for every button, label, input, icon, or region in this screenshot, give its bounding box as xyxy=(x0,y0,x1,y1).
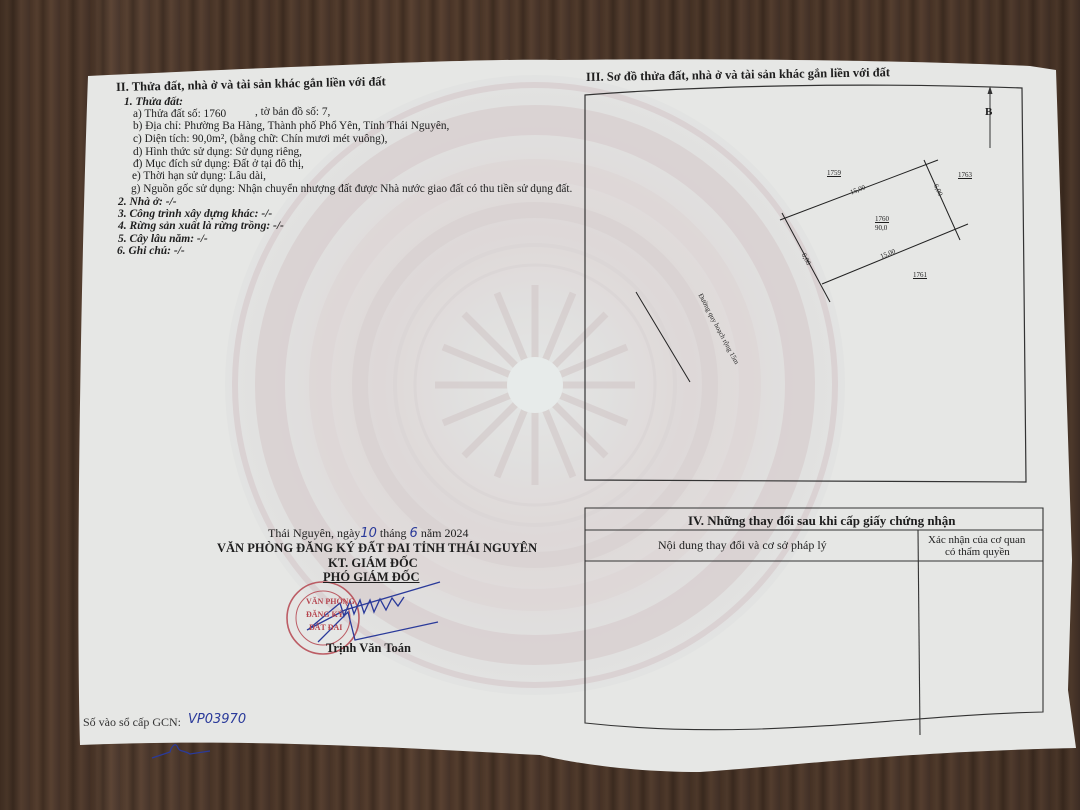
other-construction-field: 3. Công trình xây dựng khác: -/- xyxy=(118,208,272,220)
place-date-prefix: Thái Nguyên, ngày xyxy=(268,526,360,540)
notes-field: 6. Ghi chú: -/- xyxy=(117,245,185,257)
use-term: e) Thời hạn sử dụng: Lâu dài, xyxy=(132,170,266,182)
signer-name: Trịnh Văn Toán xyxy=(326,641,411,656)
column-header-confirmation-line2: có thẩm quyền xyxy=(945,546,1010,558)
map-sheet-number: , tờ bản đồ số: 7, xyxy=(255,106,330,118)
registry-label: Số vào sổ cấp GCN: xyxy=(83,715,181,730)
neighbor-parcel-bottom: 1761 xyxy=(913,271,927,279)
use-form: d) Hình thức sử dụng: Sử dụng riêng, xyxy=(133,146,302,158)
place-date: Thái Nguyên, ngày10 tháng 6 năm 2024 xyxy=(268,526,468,541)
perennial-trees-field: 5. Cây lâu năm: -/- xyxy=(118,233,208,245)
issue-day: 10 xyxy=(360,526,377,541)
stamp-text-1: VĂN PHÒNG xyxy=(306,597,355,606)
planted-forest-field: 4. Rừng sản xuất là rừng trồng: -/- xyxy=(118,220,284,232)
parcel-area-label: 90,0 xyxy=(875,224,887,232)
parcel-id-label: 1760 xyxy=(875,215,889,223)
section-iv-title: IV. Những thay đổi sau khi cấp giấy chứn… xyxy=(688,513,956,529)
column-header-confirmation-line1: Xác nhận của cơ quan xyxy=(928,534,1025,546)
issue-year: năm 2024 xyxy=(421,526,469,540)
stamp-text-2: ĐĂNG KÝ xyxy=(306,610,344,619)
neighbor-parcel-right: 1763 xyxy=(958,171,972,179)
north-arrow-label: B xyxy=(985,106,992,118)
stamp-text-3: ĐẤT ĐAI xyxy=(309,623,342,632)
registry-number: VP03970 xyxy=(188,712,246,727)
use-origin: g) Nguồn gốc sử dụng: Nhận chuyển nhượng… xyxy=(131,183,572,195)
use-purpose: đ) Mục đích sử dụng: Đất ở tại đô thị, xyxy=(133,158,304,170)
column-header-changes: Nội dung thay đổi và cơ sở pháp lý xyxy=(658,538,827,553)
neighbor-parcel-top: 1759 xyxy=(827,169,841,177)
land-heading: 1. Thửa đất: xyxy=(124,96,183,108)
certificate-sheet: II. Thửa đất, nhà ở và tài sản khác gắn … xyxy=(0,0,1080,810)
issuing-office: VĂN PHÒNG ĐĂNG KÝ ĐẤT ĐAI TỈNH THÁI NGUY… xyxy=(217,541,537,556)
signer-position: PHÓ GIÁM ĐỐC xyxy=(323,570,420,585)
issue-month: 6 xyxy=(410,526,418,541)
month-label: tháng xyxy=(380,526,407,540)
parcel-address: b) Địa chỉ: Phường Ba Hàng, Thành phố Ph… xyxy=(133,120,449,132)
on-behalf-of: KT. GIÁM ĐỐC xyxy=(328,556,418,571)
parcel-area: c) Diện tích: 90,0m², (bằng chữ: Chín mư… xyxy=(133,133,387,145)
house-field: 2. Nhà ở: -/- xyxy=(118,196,177,208)
parcel-number: a) Thửa đất số: 1760 xyxy=(133,108,226,120)
